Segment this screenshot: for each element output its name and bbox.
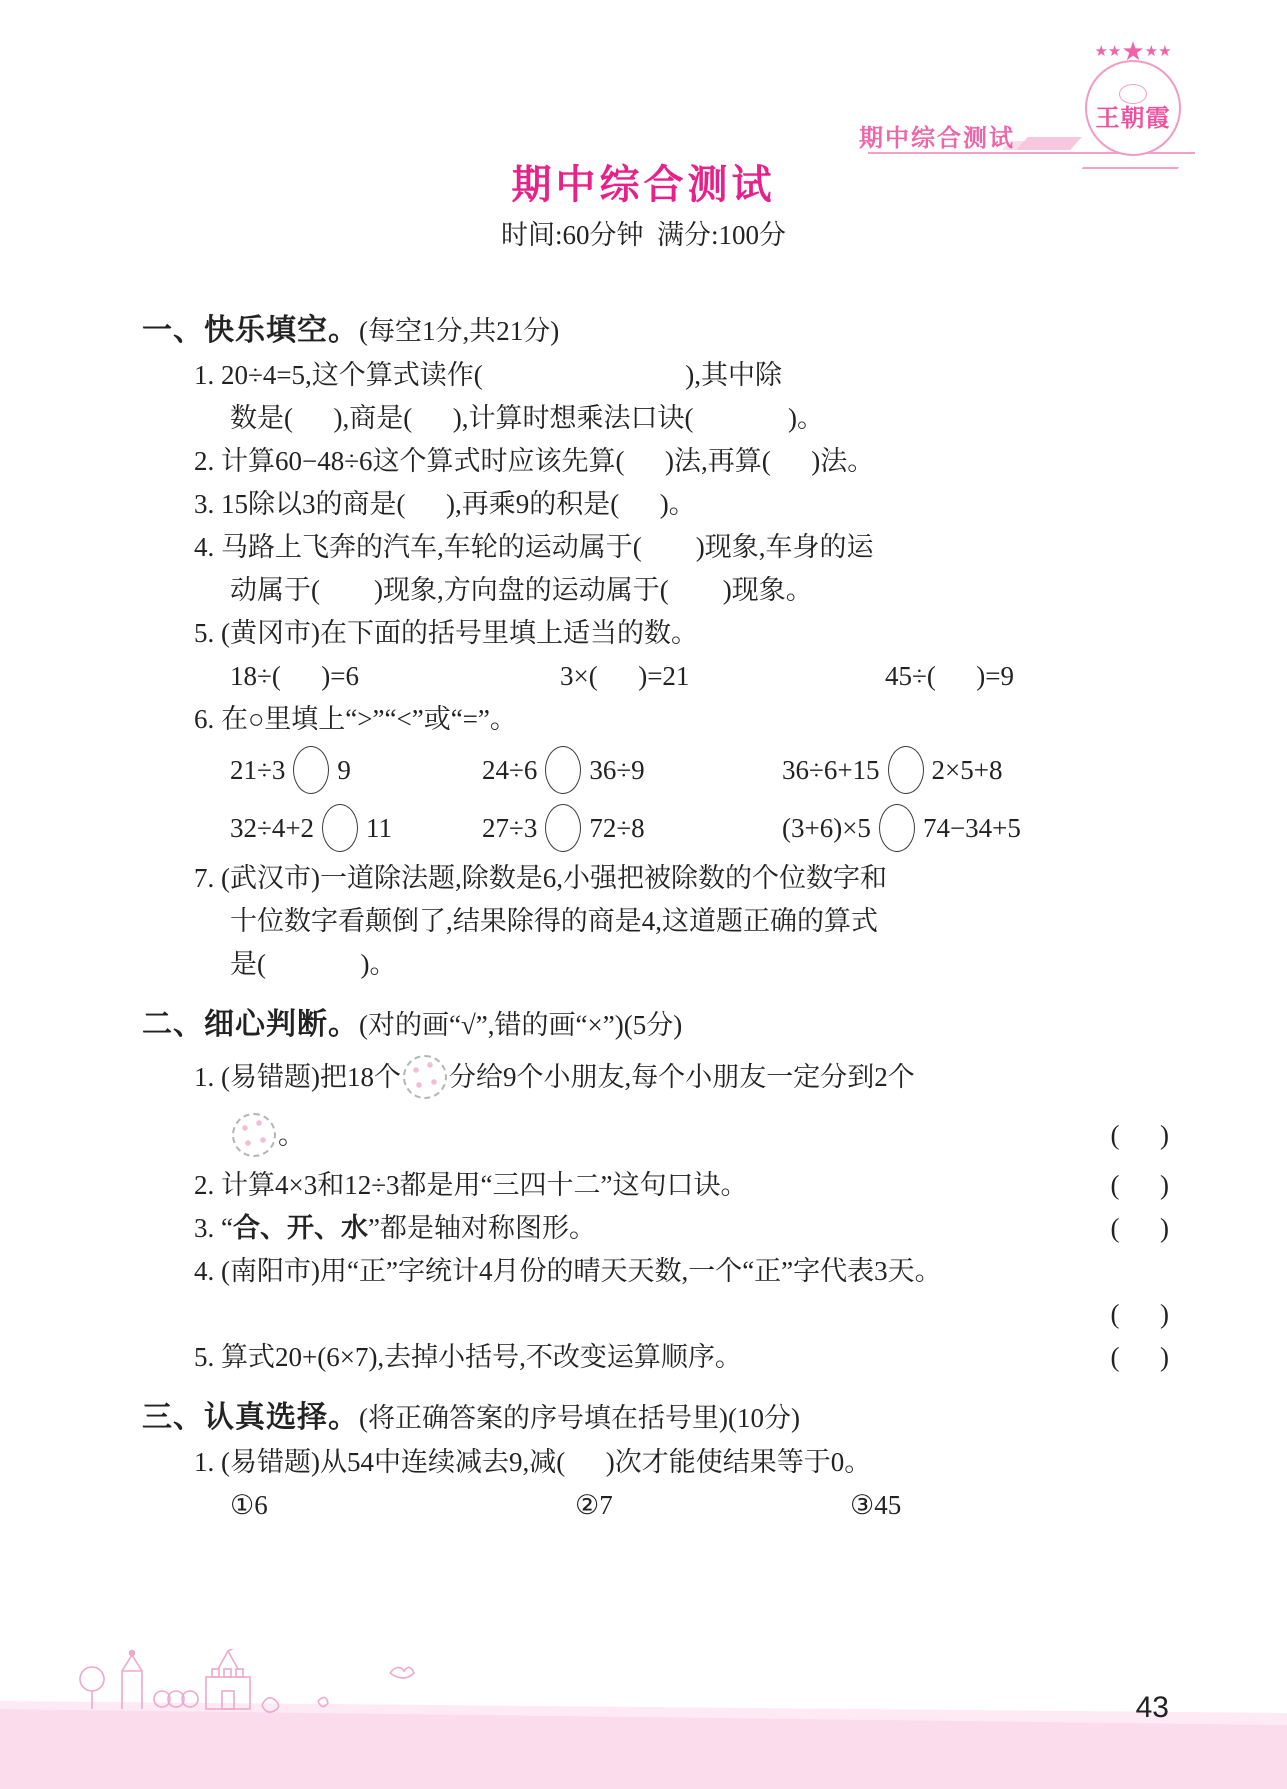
castle-battlement: [236, 1669, 243, 1677]
stars-right-icon: ★★: [1145, 44, 1172, 60]
answer-bracket: ( ): [1111, 1114, 1169, 1157]
q1-5-line-1: 5. (黄冈市)在下面的括号里填上适当的数。: [142, 612, 1169, 655]
question-text: 3. “: [194, 1213, 233, 1243]
q1-6-compare-row-1: 21÷39 24÷636÷9 36÷6+152×5+8: [142, 741, 1169, 799]
compare-left: 21÷3: [230, 749, 285, 792]
q1-7-line-3: 是( )。: [142, 943, 1169, 986]
castle-battlement: [224, 1669, 231, 1677]
pencil-icon: [122, 1655, 142, 1709]
q2-5-line: 5. 算式20+(6×7),去掉小括号,不改变运算顺序。 ( ): [142, 1336, 1169, 1379]
question-text: 。: [230, 1113, 305, 1157]
section-3-heading: 三、认真选择。(将正确答案的序号填在括号里)(10分): [142, 1395, 1169, 1441]
compare-left: (3+6)×5: [782, 807, 871, 850]
castle-flag: [228, 1649, 236, 1651]
page-number: 43: [1136, 1691, 1169, 1725]
comparison: (3+6)×574−34+5: [782, 804, 1021, 852]
footer-decoration: [0, 1649, 1287, 1789]
comparison: 24÷636÷9: [482, 746, 782, 794]
cookie-icon: [403, 1055, 447, 1099]
comparison: 32÷4+211: [230, 804, 482, 852]
q1-3-line: 3. 15除以3的商是( ),再乘9的积是( )。: [142, 483, 1169, 526]
q1-7-line-2: 十位数字看颠倒了,结果除得的商是4,这道题正确的算式: [142, 900, 1169, 943]
brand-badge: ★★★★★ 王朝霞: [1067, 42, 1199, 169]
section-2-note: (对的画“√”,错的画“×”)(5分): [359, 1010, 682, 1040]
q1-6-compare-row-2: 32÷4+211 27÷372÷8 (3+6)×574−34+5: [142, 799, 1169, 857]
section-1-heading: 一、快乐填空。(每空1分,共21分): [142, 308, 1169, 354]
equation: 45÷( )=9: [885, 655, 1014, 698]
section-1-title: 一、快乐填空。: [142, 314, 359, 347]
question-text: ”都是轴对称图形。: [368, 1213, 596, 1243]
q1-4-line-1: 4. 马路上飞奔的汽车,车轮的运动属于( )现象,车身的运: [142, 526, 1169, 569]
section-2-heading: 二、细心判断。(对的画“√”,错的画“×”)(5分): [142, 1002, 1169, 1048]
q2-4-line-1: 4. (南阳市)用“正”字统计4月份的晴天天数,一个“正”字代表3天。: [142, 1250, 1169, 1293]
castle-roof: [218, 1651, 238, 1669]
pencil-tip: [130, 1651, 135, 1656]
compare-right: 2×5+8: [932, 749, 1003, 792]
q1-6-line-1: 6. 在○里填上“>”“<”或“=”。: [142, 698, 1169, 741]
q3-1-line: 1. (易错题)从54中连续减去9,减( )次才能使结果等于0。: [142, 1441, 1169, 1484]
badge-ribbon-icon: [1082, 158, 1184, 169]
comparison: 21÷39: [230, 746, 482, 794]
castle-battlement: [212, 1669, 219, 1677]
stars-left-icon: ★★: [1094, 44, 1121, 60]
compare-right: 9: [337, 749, 351, 792]
badge-portrait-icon: [1119, 84, 1147, 104]
choice-option-2: ②7: [575, 1484, 850, 1527]
q2-1-line-1: 1. (易错题)把18个分给9个小朋友,每个小朋友一定分到2个: [142, 1048, 1169, 1106]
compare-left: 36÷6+15: [782, 749, 880, 792]
q1-1-line-1: 1. 20÷4=5,这个算式读作( ),其中除: [142, 354, 1169, 397]
tree-icon: [80, 1667, 104, 1691]
compare-left: 27÷3: [482, 807, 537, 850]
section-3-title: 三、认真选择。: [142, 1401, 359, 1434]
section-1-note: (每空1分,共21分): [359, 316, 559, 346]
compare-circle-blank: [322, 804, 358, 852]
compare-circle-blank: [545, 746, 581, 794]
bird-icon: [390, 1667, 414, 1678]
compare-circle-blank: [879, 804, 915, 852]
worksheet-page: 期中综合测试 ★★★★★ 王朝霞 期中综合测试 时间:60分钟 满分:100分 …: [0, 0, 1287, 1789]
question-text: 3. “合、开、水”都是轴对称图形。: [194, 1207, 596, 1250]
question-text: 1. (易错题)把18个: [194, 1056, 401, 1099]
compare-left: 24÷6: [482, 749, 537, 792]
q2-2-line: 2. 计算4×3和12÷3都是用“三四十二”这句口诀。 ( ): [142, 1164, 1169, 1207]
compare-circle-blank: [293, 746, 329, 794]
compare-right: 11: [366, 807, 392, 850]
q1-2-line: 2. 计算60−48÷6这个算式时应该先算( )法,再算( )法。: [142, 440, 1169, 483]
q2-4-line-2: ( ): [142, 1293, 1169, 1336]
brand-name: 王朝霞: [1096, 106, 1171, 132]
answer-bracket: ( ): [1111, 1293, 1169, 1336]
section-2-title: 二、细心判断。: [142, 1008, 359, 1041]
question-text: 2. 计算4×3和12÷3都是用“三四十二”这句口诀。: [194, 1164, 748, 1207]
q1-7-line-1: 7. (武汉市)一道除法题,除数是6,小强把被除数的个位数字和: [142, 857, 1169, 900]
answer-bracket: ( ): [1111, 1164, 1169, 1207]
choice-option-1: ①6: [230, 1484, 575, 1527]
badge-circle: 王朝霞: [1085, 60, 1181, 156]
compare-right: 36÷9: [589, 749, 644, 792]
question-text: 5. 算式20+(6×7),去掉小括号,不改变运算顺序。: [194, 1336, 742, 1379]
header-section-label: 期中综合测试: [859, 118, 1015, 153]
q3-1-choices: ①6 ②7 ③45: [142, 1484, 1169, 1527]
compare-right: 74−34+5: [923, 807, 1021, 850]
question-text: 分给9个小朋友,每个小朋友一定分到2个: [449, 1056, 915, 1099]
question-text: 。: [278, 1114, 305, 1157]
answer-bracket: ( ): [1111, 1336, 1169, 1379]
comparison: 27÷372÷8: [482, 804, 782, 852]
section-3-note: (将正确答案的序号填在括号里)(10分): [359, 1403, 800, 1433]
page-header: 期中综合测试 ★★★★★ 王朝霞: [0, 0, 1287, 170]
q2-3-line: 3. “合、开、水”都是轴对称图形。 ( ): [142, 1207, 1169, 1250]
q1-5-equations: 18÷( )=6 3×( )=21 45÷( )=9: [142, 655, 1169, 698]
test-info: 时间:60分钟 满分:100分: [0, 216, 1287, 254]
q1-4-line-2: 动属于( )现象,方向盘的运动属于( )现象。: [142, 569, 1169, 612]
q2-1-line-2: 。 ( ): [142, 1106, 1169, 1164]
equation: 3×( )=21: [560, 655, 885, 698]
worksheet-content: 一、快乐填空。(每空1分,共21分) 1. 20÷4=5,这个算式读作( ),其…: [0, 308, 1287, 1527]
compare-left: 32÷4+2: [230, 807, 314, 850]
q1-1-line-2: 数是( ),商是( ),计算时想乘法口诀( )。: [142, 397, 1169, 440]
comparison: 36÷6+152×5+8: [782, 746, 1003, 794]
compare-right: 72÷8: [589, 807, 644, 850]
equation: 18÷( )=6: [230, 655, 560, 698]
answer-bracket: ( ): [1111, 1207, 1169, 1250]
question-bold-text: 合、开、水: [233, 1213, 368, 1243]
choice-option-3: ③45: [850, 1484, 901, 1527]
compare-circle-blank: [888, 746, 924, 794]
cookie-icon: [232, 1113, 276, 1157]
compare-circle-blank: [545, 804, 581, 852]
